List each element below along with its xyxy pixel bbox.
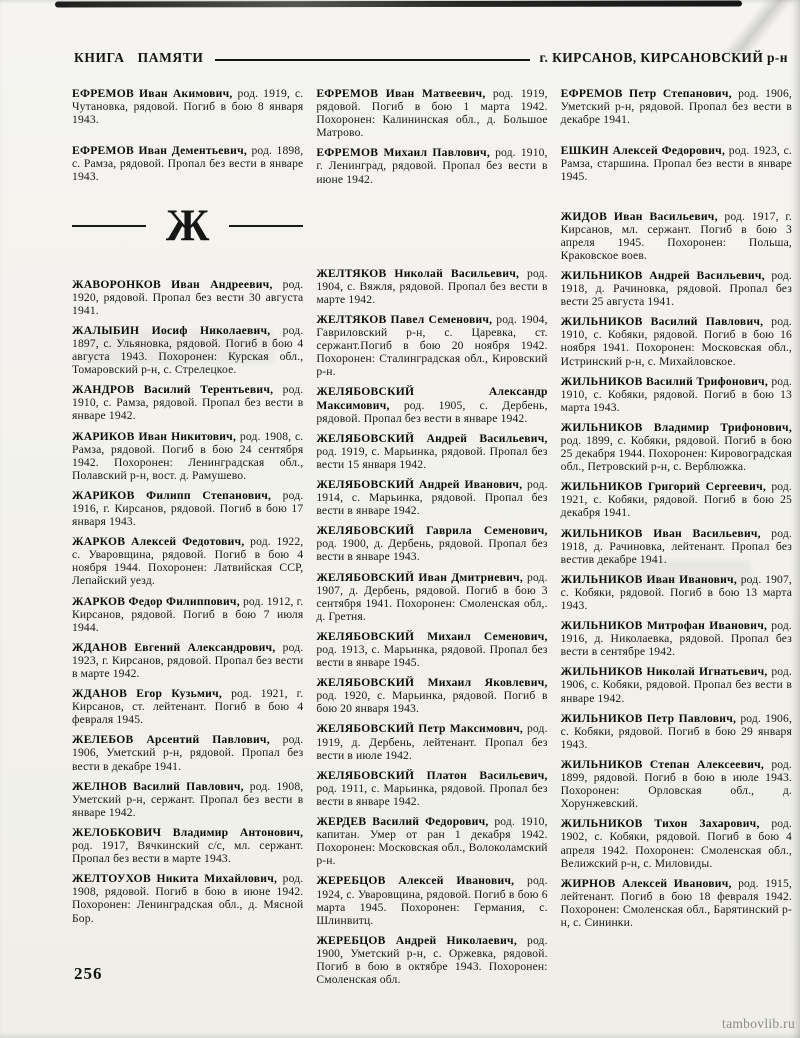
section-letter: Ж	[166, 203, 210, 249]
memorial-entry: ЖАРКОВ Алексей Федотович, род. 1922, с. …	[72, 535, 303, 587]
scan-edge-artifact	[55, 1, 742, 8]
entry-person-name: ЖЕРЕБЦОВ Алексей Иванович,	[316, 874, 514, 887]
entry-person-name: ЖЕЛЯБОВСКИЙ Михаил Яковлевич,	[316, 676, 547, 689]
memorial-entry: ЖИЛЬНИКОВ Иван Иванович, род. 1907, с. К…	[561, 573, 792, 612]
entry-person-name: ЖИЛЬНИКОВ Петр Павлович,	[561, 712, 737, 725]
memorial-entry: ЖИЛЬНИКОВ Василий Павлович, род. 1910, с…	[561, 315, 792, 367]
memorial-entry: ЖЕРЕБЦОВ Алексей Иванович, род. 1924, с.…	[316, 874, 547, 926]
entry-details: род. 1917, Вячкинский с/с, мл. сержант. …	[72, 839, 303, 865]
entry-person-name: ЖЕЛЯБОВСКИЙ Петр Максимович,	[316, 722, 523, 735]
entry-person-name: ЖАЛЫБИН Иосиф Николаевич,	[72, 324, 270, 337]
divider-rule	[229, 225, 303, 227]
memorial-entry: ЖАВОРОНКОВ Иван Андреевич, род. 1920, ря…	[72, 278, 303, 317]
memorial-entry: ЖИДОВ Иван Васильевич, род. 1917, г. Кир…	[561, 210, 792, 262]
memorial-entry: ЖИЛЬНИКОВ Владимир Трифонович, род. 1899…	[561, 421, 792, 473]
memorial-entry: ЖЕЛЯБОВСКИЙ Платон Васильевич, род. 1911…	[316, 769, 547, 808]
memorial-entry: ЕФРЕМОВ Михаил Павлович, род. 1910, г. Л…	[316, 146, 547, 185]
entry-person-name: ЖЕЛТЯКОВ Николай Васильевич,	[316, 267, 519, 280]
memorial-entry: ЖЕЛЯБОВСКИЙ Гаврила Семенович, род. 1900…	[316, 524, 547, 563]
entry-person-name: ЖИЛЬНИКОВ Иван Иванович,	[561, 573, 737, 586]
entry-person-name: ЖЕЛТЯКОВ Павел Семенович,	[316, 313, 492, 326]
entry-person-name: ЖДАНОВ Евгений Александрович,	[72, 641, 276, 654]
memorial-entry: ЕФРЕМОВ Иван Акимович, род. 1919, с. Чут…	[72, 87, 303, 126]
entry-person-name: ЖЕЛЯБОВСКИЙ Платон Васильевич,	[316, 769, 547, 782]
memorial-entry: ЖАРКОВ Федор Филиппович, род. 1912, г. К…	[72, 595, 303, 634]
entry-person-name: ЖИЛЬНИКОВ Василий Павлович,	[561, 315, 764, 328]
entry-person-name: ЖЕЛНОВ Василий Павлович,	[72, 780, 244, 793]
entry-person-name: ЕФРЕМОВ Иван Акимович,	[72, 87, 233, 100]
entry-person-name: ЖЕЛЯБОВСКИЙ Гаврила Семенович,	[316, 524, 547, 537]
memorial-entry: ЕШКИН Алексей Федорович, род. 1923, с. Р…	[561, 144, 792, 183]
entry-details: род. 1899, с. Кобяки, рядовой. Погиб в б…	[561, 434, 792, 473]
column-spacer	[561, 133, 792, 144]
entry-person-name: ЖДАНОВ Егор Кузьмич,	[72, 687, 222, 700]
memorial-entry: ЖЕЛЯБОВСКИЙ Андрей Иванович, род. 1914, …	[316, 478, 547, 517]
divider-rule	[72, 225, 146, 227]
memorial-entry: ЖЕЛОБКОВИЧ Владимир Антонович, род. 1917…	[72, 826, 303, 865]
entry-person-name: ЖИЛЬНИКОВ Митрофан Иванович,	[561, 619, 768, 632]
entry-person-name: ЕФРЕМОВ Михаил Павлович,	[316, 146, 490, 159]
entry-person-name: ЖАРИКОВ Иван Никитович,	[72, 430, 236, 443]
memorial-entry: ЖЕЛЯБОВСКИЙ Петр Максимович, род. 1919, …	[316, 722, 547, 761]
memorial-entry: ЖИЛЬНИКОВ Иван Васильевич, род. 1918, д.…	[561, 527, 792, 566]
memorial-entry: ЖЕЛЯБОВСКИЙ Михаил Яковлевич, род. 1920,…	[316, 676, 547, 715]
memorial-entry: ЖЕЛЕБОВ Арсентий Павлович, род. 1906, Ум…	[72, 733, 303, 772]
memorial-entry: ЖЕРЕБЦОВ Андрей Николаевич, род. 1900, У…	[316, 934, 547, 986]
memorial-entry: ЖИЛЬНИКОВ Григорий Сергеевич, род. 1921,…	[561, 480, 792, 519]
entry-person-name: ЖЕЛЯБОВСКИЙ Андрей Иванович,	[316, 478, 522, 491]
column-spacer	[561, 191, 792, 210]
entry-person-name: ЖЕЛЯБОВСКИЙ Иван Дмитриевич,	[316, 571, 523, 584]
memorial-entry: ЖИЛЬНИКОВ Петр Павлович, род. 1906, с. К…	[561, 712, 792, 751]
memorial-entry: ЖЕЛЯБОВСКИЙ Андрей Васильевич, род. 1919…	[316, 432, 547, 471]
scan-corner-artifact	[701, 0, 800, 56]
entry-details: род. 1911, с. Марьинка, рядовой. Пропал …	[316, 782, 547, 808]
memorial-entry: ЖЕРДЕВ Василий Федорович, род. 1910, кап…	[316, 815, 547, 867]
memorial-entry: ЖИЛЬНИКОВ Николай Игнатьевич, род. 1906,…	[561, 665, 792, 704]
entry-person-name: ЖАВОРОНКОВ Иван Андреевич,	[72, 278, 273, 291]
entry-person-name: ЕФРЕМОВ Иван Матвеевич,	[316, 87, 485, 100]
memorial-entry: ЖЕЛЯБОВСКИЙ Александр Максимович, род. 1…	[316, 385, 547, 424]
entry-person-name: ЖАРКОВ Алексей Федотович,	[72, 535, 245, 548]
entry-person-name: ЕФРЕМОВ Иван Дементьевич,	[72, 144, 247, 157]
entry-details: род. 1919, с. Марьинка, рядовой. Пропал …	[316, 445, 547, 471]
memorial-entry: ЖДАНОВ Егор Кузьмич, род. 1921, г. Кирса…	[72, 687, 303, 726]
entry-person-name: ЖЕЛЕБОВ Арсентий Павлович,	[72, 733, 270, 746]
column-spacer	[316, 193, 547, 267]
entry-person-name: ЖИЛЬНИКОВ Иван Васильевич,	[561, 527, 761, 540]
entry-person-name: ЖЕЛТОУХОВ Никита Михайлович,	[72, 872, 277, 885]
entry-person-name: ЖИЛЬНИКОВ Василий Трифонович,	[561, 375, 768, 388]
entry-person-name: ЖИЛЬНИКОВ Владимир Трифонович,	[561, 421, 792, 434]
entry-details: род. 1920, с. Марьинка, рядовой. Погиб в…	[316, 689, 547, 715]
memorial-entry: ЖДАНОВ Евгений Александрович, род. 1923,…	[72, 641, 303, 680]
entry-person-name: ЖИДОВ Иван Васильевич,	[561, 210, 718, 223]
memorial-entry: ЖЕЛЯБОВСКИЙ Михаил Семенович, род. 1913,…	[316, 630, 547, 669]
entry-details: род. 1900, д. Дербень, рядовой. Пропал б…	[316, 537, 547, 563]
entry-person-name: ЖАРКОВ Федор Филиппович,	[72, 595, 240, 608]
entry-person-name: ЖЕЛОБКОВИЧ Владимир Антонович,	[72, 826, 303, 839]
memorial-entry: ЖИРНОВ Алексей Иванович, род. 1915, лейт…	[561, 877, 792, 929]
memorial-entry: ЖИЛЬНИКОВ Андрей Васильевич, род. 1918, …	[561, 269, 792, 308]
memorial-entry: ЖАРИКОВ Иван Никитович, род. 1908, с. Ра…	[72, 430, 303, 482]
memorial-entry: ЖЕЛТЯКОВ Павел Семенович, род. 1904, Гав…	[316, 313, 547, 378]
section-letter-divider: Ж	[72, 204, 303, 248]
entry-person-name: ЖИЛЬНИКОВ Андрей Васильевич,	[561, 269, 765, 282]
column-3: ЕФРЕМОВ Петр Степанович, род. 1906, Умет…	[561, 87, 792, 993]
memorial-entry: ЖАЛЫБИН Иосиф Николаевич, род. 1897, с. …	[72, 324, 303, 376]
entry-details: род. 1913, с. Марьинка, рядовой. Пропал …	[316, 643, 547, 669]
column-1: ЕФРЕМОВ Иван Акимович, род. 1919, с. Чут…	[72, 87, 303, 993]
memorial-entry: ЖИЛЬНИКОВ Василий Трифонович, род. 1910,…	[561, 375, 792, 414]
memorial-entry: ЕФРЕМОВ Иван Дементьевич, род. 1898, с. …	[72, 144, 303, 183]
memorial-entry: ЕФРЕМОВ Петр Степанович, род. 1906, Умет…	[561, 87, 792, 126]
entry-person-name: ЖЕЛЯБОВСКИЙ Андрей Васильевич,	[316, 432, 547, 445]
entry-person-name: ЖИЛЬНИКОВ Степан Алексеевич,	[561, 758, 764, 771]
page-number: 256	[74, 964, 103, 984]
entry-person-name: ЖЕРЕБЦОВ Андрей Николаевич,	[316, 934, 517, 947]
column-2: ЕФРЕМОВ Иван Матвеевич, род. 1919, рядов…	[316, 87, 547, 993]
memorial-entry: ЖИЛЬНИКОВ Степан Алексеевич, род. 1899, …	[561, 758, 792, 810]
page-header: КНИГА ПАМЯТИ г. КИРСАНОВ, КИРСАНОВСКИЙ р…	[74, 50, 788, 66]
column-spacer	[72, 133, 303, 144]
entry-person-name: ЖАРИКОВ Филипп Степанович,	[72, 489, 271, 502]
memorial-entry: ЖЕЛНОВ Василий Павлович, род. 1908, Умет…	[72, 780, 303, 819]
memorial-entry: ЖИЛЬНИКОВ Митрофан Иванович, род. 1916, …	[561, 619, 792, 658]
memorial-entry: ЖЕЛЯБОВСКИЙ Иван Дмитриевич, род. 1907, …	[316, 571, 547, 623]
memorial-entry: ЖАНДРОВ Василий Терентьевич, род. 1910, …	[72, 383, 303, 422]
entry-person-name: ЖИРНОВ Алексей Иванович,	[561, 877, 732, 890]
library-watermark: tambovlib.ru	[722, 1016, 795, 1032]
entry-person-name: ЖИЛЬНИКОВ Николай Игнатьевич,	[561, 665, 768, 678]
entry-person-name: ЖИЛЬНИКОВ Григорий Сергеевич,	[561, 480, 766, 493]
entry-person-name: ЕФРЕМОВ Петр Степанович,	[561, 87, 732, 100]
header-rule	[215, 59, 529, 61]
memorial-entry: ЖАРИКОВ Филипп Степанович, род. 1916, г.…	[72, 489, 303, 528]
text-columns: ЕФРЕМОВ Иван Акимович, род. 1919, с. Чут…	[72, 87, 792, 993]
memorial-entry: ЖИЛЬНИКОВ Тихон Захарович, род. 1902, с.…	[561, 817, 792, 869]
entry-person-name: ЕШКИН Алексей Федорович,	[561, 144, 725, 157]
entry-person-name: ЖИЛЬНИКОВ Тихон Захарович,	[561, 817, 760, 830]
district-title: г. КИРСАНОВ, КИРСАНОВСКИЙ р-н	[540, 50, 788, 66]
entry-person-name: ЖЕРДЕВ Василий Федорович,	[316, 815, 488, 828]
memorial-entry: ЖЕЛТОУХОВ Никита Михайлович, род. 1908, …	[72, 872, 303, 924]
memorial-entry: ЖЕЛТЯКОВ Николай Васильевич, род. 1904, …	[316, 267, 547, 306]
entry-person-name: ЖЕЛЯБОВСКИЙ Михаил Семенович,	[316, 630, 547, 643]
memorial-entry: ЕФРЕМОВ Иван Матвеевич, род. 1919, рядов…	[316, 87, 547, 139]
book-page: КНИГА ПАМЯТИ г. КИРСАНОВ, КИРСАНОВСКИЙ р…	[0, 0, 800, 1038]
book-title: КНИГА ПАМЯТИ	[74, 50, 203, 66]
entry-person-name: ЖАНДРОВ Василий Терентьевич,	[72, 383, 273, 396]
